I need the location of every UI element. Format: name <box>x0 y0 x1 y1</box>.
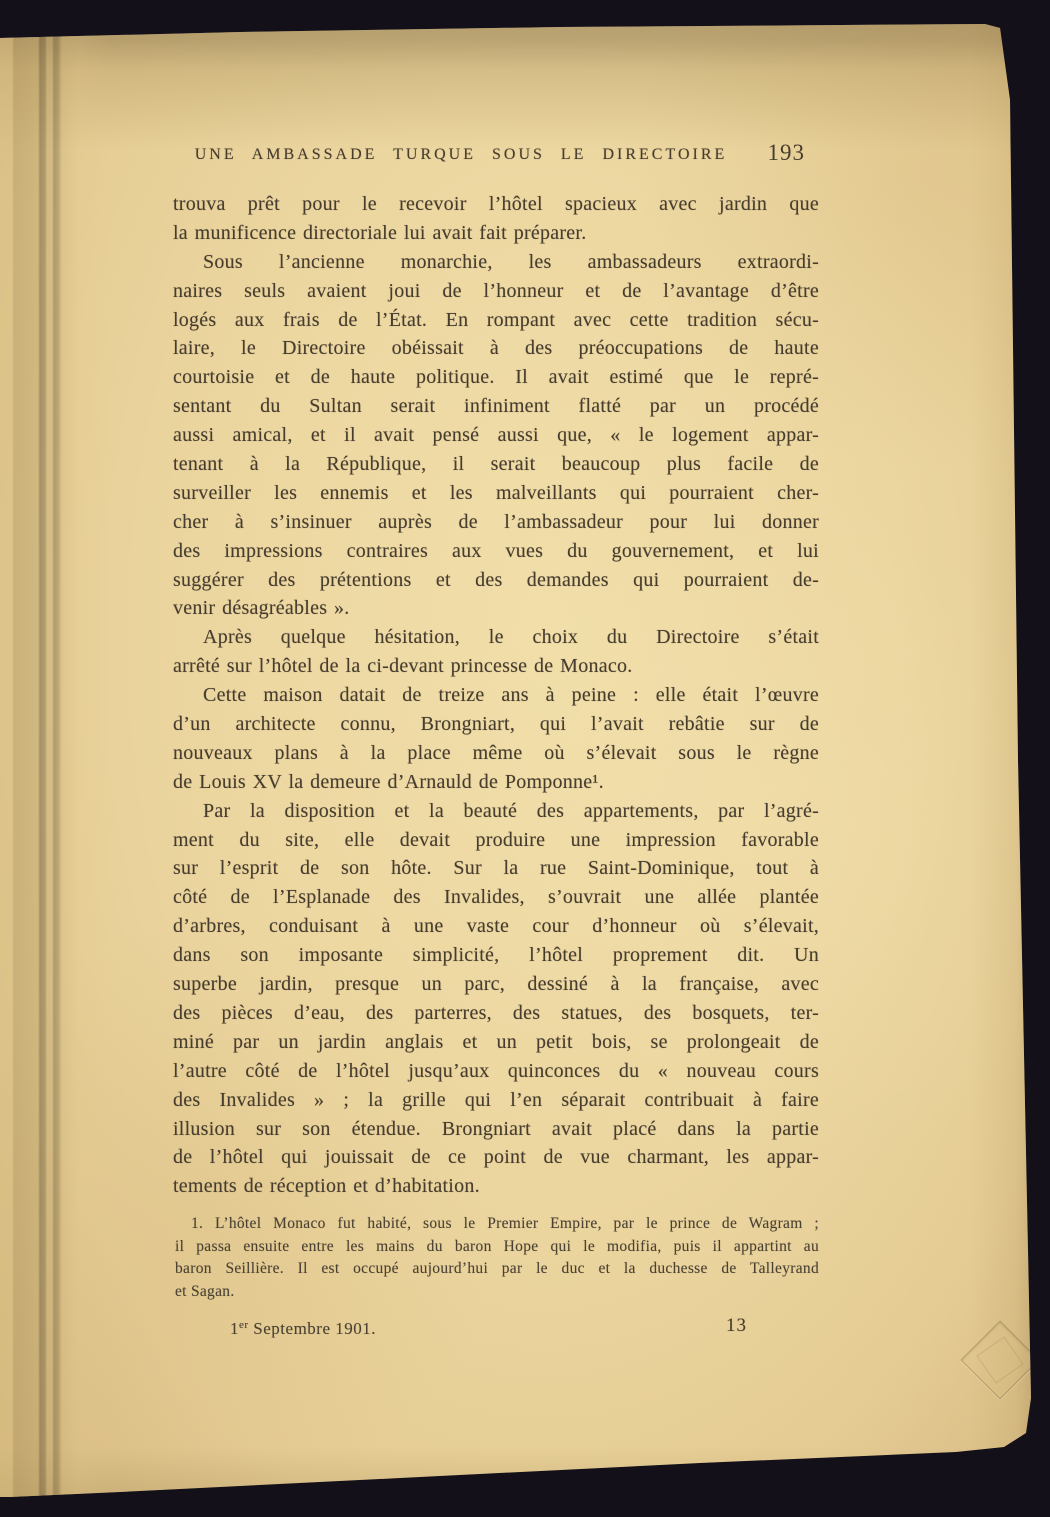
body-line: d’arbres, conduisant à une vaste cour d’… <box>173 912 819 941</box>
body-line: sentant du Sultan serait infiniment flat… <box>173 392 819 421</box>
body-line: côté de l’Esplanade des Invalides, s’ouv… <box>173 883 819 912</box>
embossed-stamp <box>960 1320 1039 1399</box>
body-line: Après quelque hésitation, le choix du Di… <box>173 623 819 652</box>
issue-date-ordinal: er <box>239 1319 249 1331</box>
body-line: Cette maison datait de treize ans à pein… <box>173 681 819 710</box>
body-line: illusion sur son étendue. Brongniart ava… <box>173 1115 819 1144</box>
page-footer: 1er Septembre 1901. 13 <box>173 1315 819 1345</box>
body-line: arrêté sur l’hôtel de la ci-devant princ… <box>173 652 819 681</box>
body-line: logés aux frais de l’État. En rompant av… <box>173 306 819 335</box>
embossed-stamp-inner <box>976 1336 1023 1383</box>
footnote-line: 1. L’hôtel Monaco fut habité, sous le Pr… <box>175 1213 819 1236</box>
page-number: 193 <box>768 140 806 166</box>
body-line: suggérer des prétentions et des demandes… <box>173 566 819 595</box>
text-area: UNE AMBASSADE TURQUE SOUS LE DIRECTOIRE … <box>173 146 819 1345</box>
body-line: la munificence directoriale lui avait fa… <box>173 219 819 248</box>
body-line: miné par un jardin anglais et un petit b… <box>173 1028 819 1057</box>
issue-date-rest: Septembre 1901. <box>249 1319 376 1338</box>
footnote-line: il passa ensuite entre les mains du baro… <box>175 1236 819 1259</box>
body-line: dans son imposante simplicité, l’hôtel p… <box>173 941 819 970</box>
body-line: tenant à la République, il serait beauco… <box>173 450 819 479</box>
footnote-line: et Sagan. <box>175 1281 819 1304</box>
body-line: nouveaux plans à la place même où s’élev… <box>173 739 819 768</box>
body-line: aussi amical, et il avait pensé aussi qu… <box>173 421 819 450</box>
book-page: UNE AMBASSADE TURQUE SOUS LE DIRECTOIRE … <box>0 0 1050 1517</box>
issue-date: 1er Septembre 1901. <box>230 1319 376 1339</box>
body-line: d’un architecte connu, Brongniart, qui l… <box>173 710 819 739</box>
body-line: laire, le Directoire obéissait à des pré… <box>173 334 819 363</box>
footnote: 1. L’hôtel Monaco fut habité, sous le Pr… <box>175 1213 819 1303</box>
running-header: UNE AMBASSADE TURQUE SOUS LE DIRECTOIRE … <box>173 146 819 172</box>
body-line: des Invalides » ; la grille qui l’en sép… <box>173 1086 819 1115</box>
body-line: ment du site, elle devait produire une i… <box>173 826 819 855</box>
body-line: de l’hôtel qui jouissait de ce point de … <box>173 1143 819 1172</box>
body-line: venir désagréables ». <box>173 594 819 623</box>
body-line: de Louis XV la demeure d’Arnauld de Pomp… <box>173 768 819 797</box>
body-line: naires seuls avaient joui de l’honneur e… <box>173 277 819 306</box>
body-line: Sous l’ancienne monarchie, les ambassade… <box>173 248 819 277</box>
body-line: des impressions contraires aux vues du g… <box>173 537 819 566</box>
body-line: superbe jardin, presque un parc, dessiné… <box>173 970 819 999</box>
body-line: l’autre côté de l’hôtel jusqu’aux quinco… <box>173 1057 819 1086</box>
body-line: Par la disposition et la beauté des appa… <box>173 797 819 826</box>
body-line: surveiller les ennemis et les malveillan… <box>173 479 819 508</box>
footnote-line: baron Seillière. Il est occupé aujourd’h… <box>175 1258 819 1281</box>
body-line: tements de réception et d’habitation. <box>173 1172 819 1201</box>
body-text: trouva prêt pour le recevoir l’hôtel spa… <box>173 190 819 1201</box>
signature-number: 13 <box>726 1315 747 1337</box>
body-line: sur l’esprit de son hôte. Sur la rue Sai… <box>173 854 819 883</box>
body-line: cher à s’insinuer auprès de l’ambassadeu… <box>173 508 819 537</box>
running-header-title: UNE AMBASSADE TURQUE SOUS LE DIRECTOIRE <box>173 146 819 164</box>
body-line: des pièces d’eau, des parterres, des sta… <box>173 999 819 1028</box>
body-line: courtoisie et de haute politique. Il ava… <box>173 363 819 392</box>
body-line: trouva prêt pour le recevoir l’hôtel spa… <box>173 190 819 219</box>
issue-date-number: 1 <box>230 1319 239 1338</box>
